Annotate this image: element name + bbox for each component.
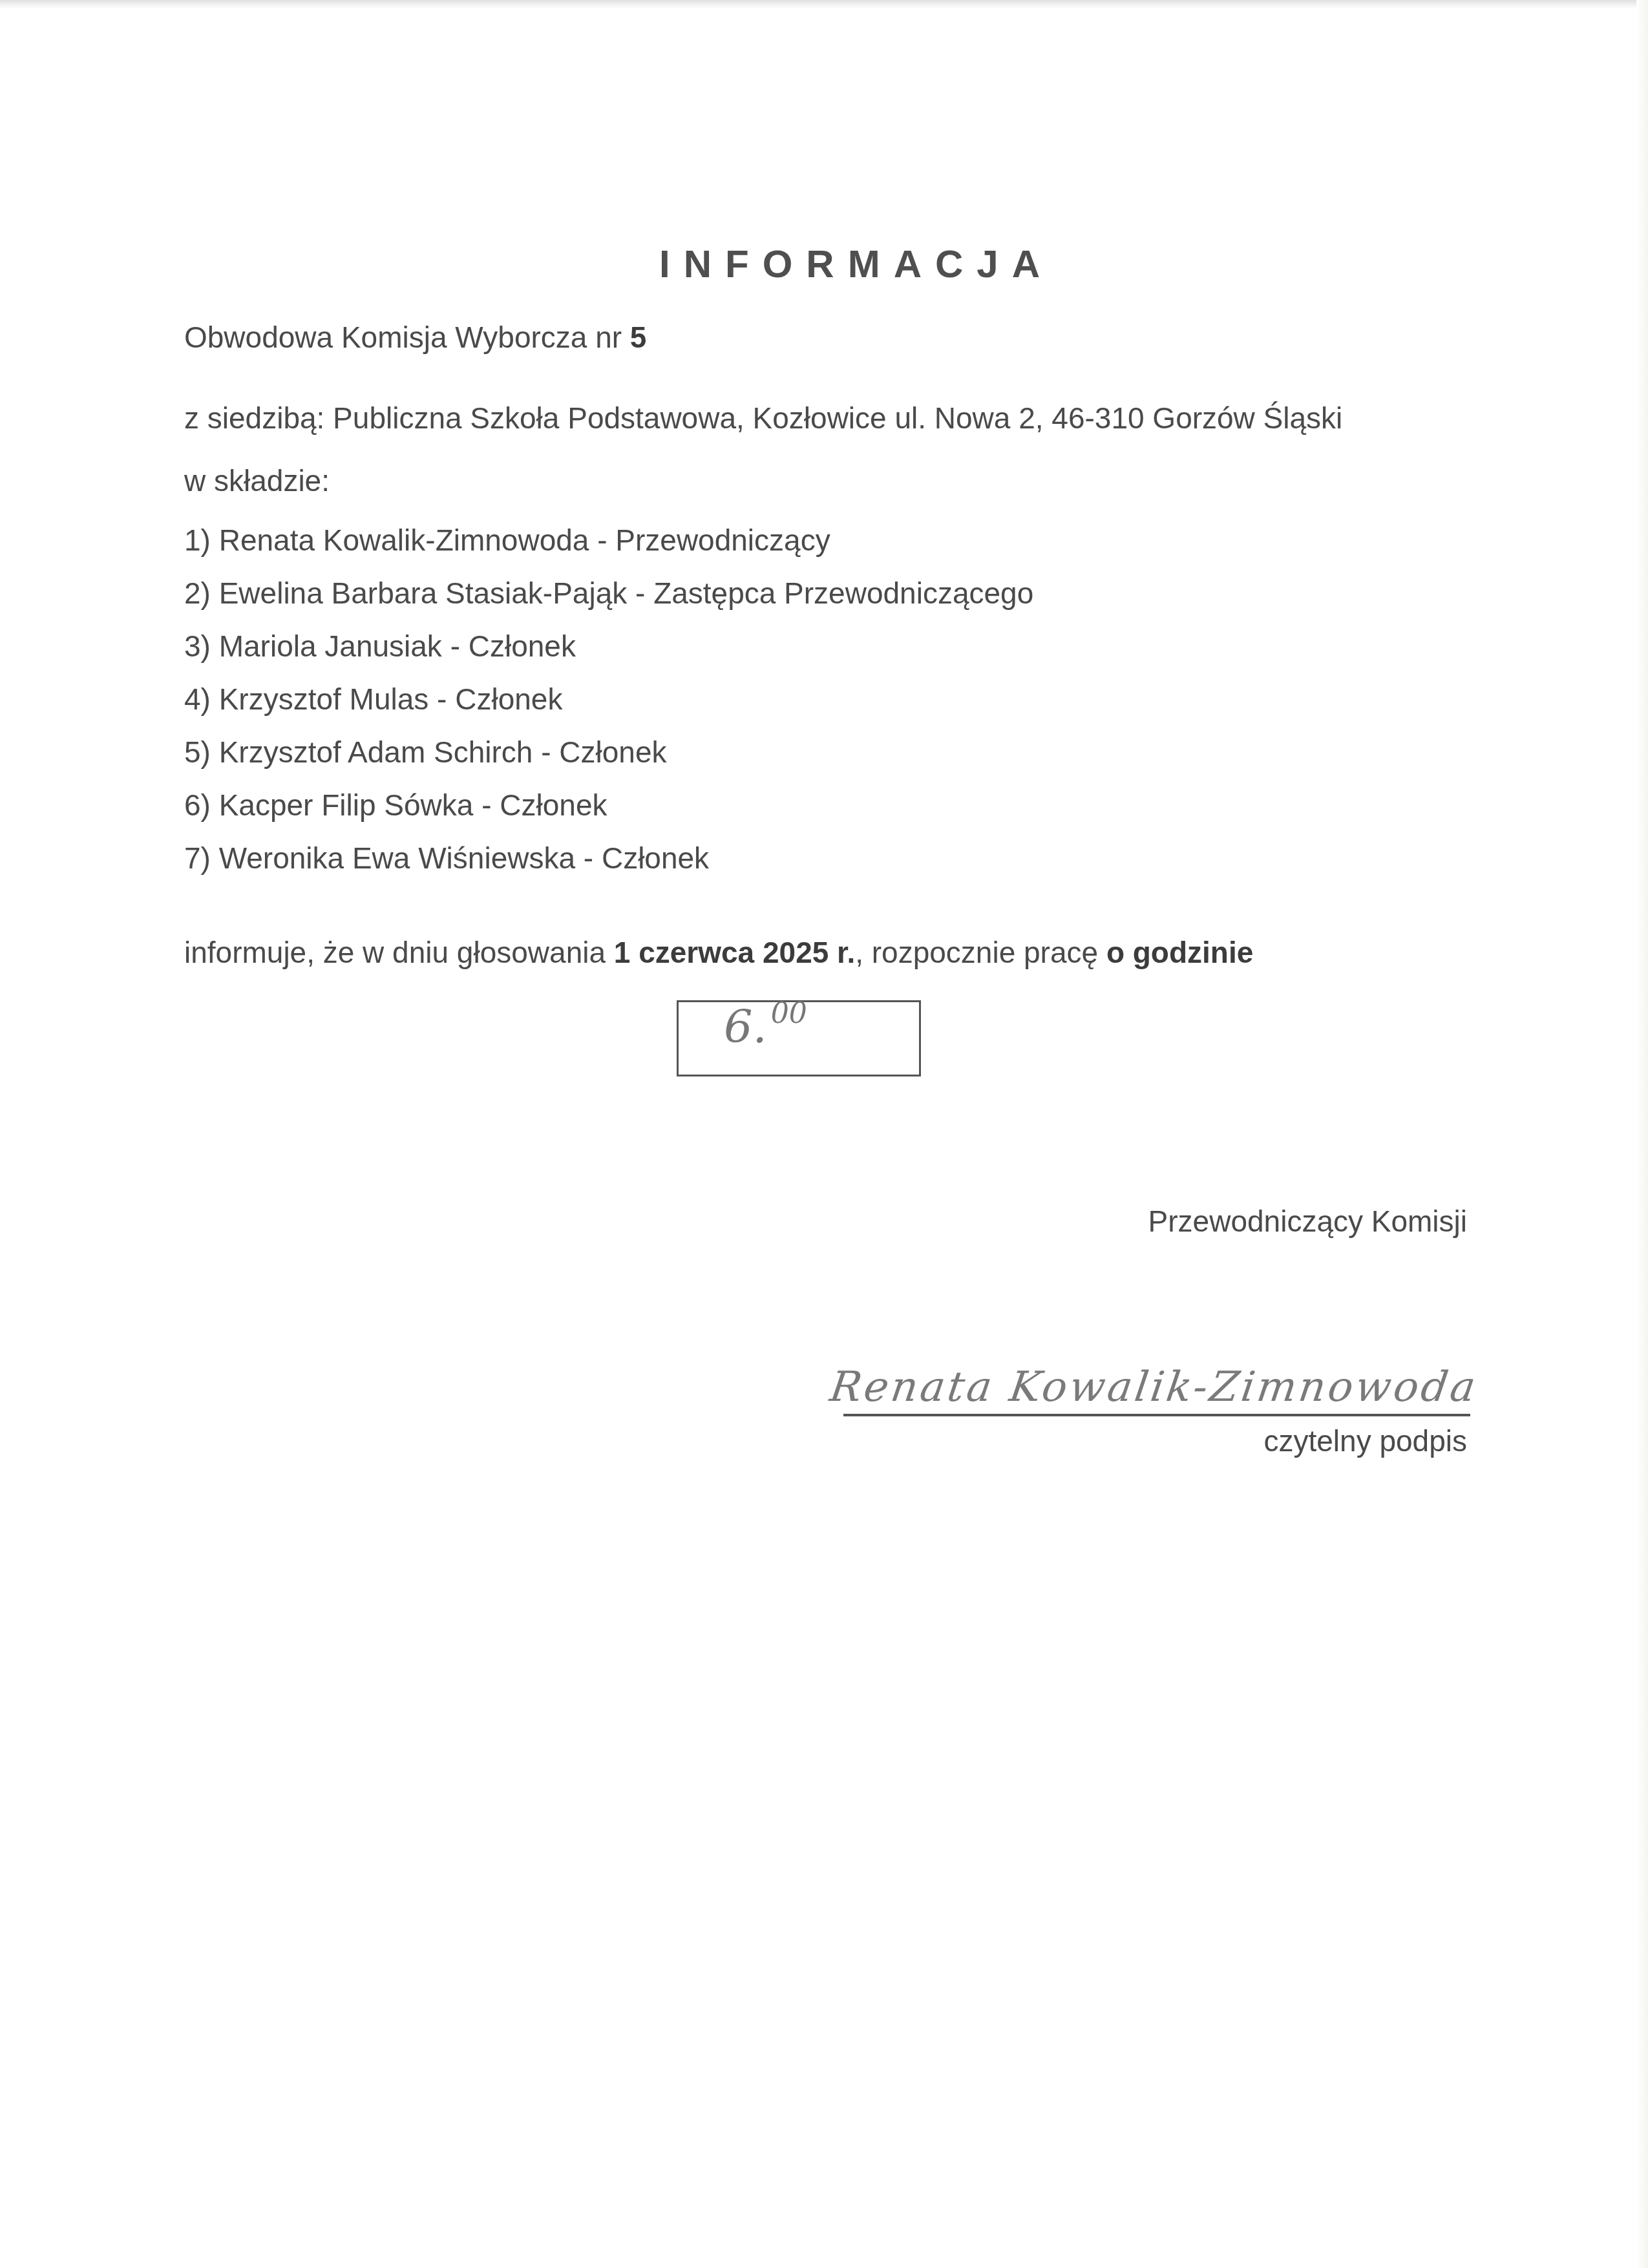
member-separator: -	[627, 576, 653, 610]
member-row: 7) Weronika Ewa Wiśniewska - Członek	[184, 843, 709, 873]
member-separator: -	[473, 788, 500, 822]
member-name: Mariola Janusiak	[219, 629, 442, 663]
member-separator: -	[442, 629, 469, 663]
seat-line: z siedzibą: Publiczna Szkoła Podstawowa,…	[184, 403, 1342, 433]
member-number: 3)	[184, 629, 211, 663]
start-hour: 6.	[724, 1000, 767, 1053]
member-row: 3) Mariola Janusiak - Członek	[184, 631, 576, 661]
member-role: Członek	[500, 788, 607, 822]
start-minutes: 00	[771, 997, 807, 1030]
member-row: 4) Krzysztof Mulas - Członek	[184, 684, 562, 714]
election-date: 1 czerwca 2025 r.	[614, 936, 855, 969]
signature-caption: czytelny podpis	[1264, 1426, 1468, 1456]
scan-edge-right-artifact	[1636, 0, 1648, 2268]
member-number: 4)	[184, 682, 211, 716]
scan-edge-artifact	[0, 0, 1648, 9]
member-row: 2) Ewelina Barbara Stasiak-Pająk - Zastę…	[184, 578, 1033, 608]
member-number: 2)	[184, 576, 211, 610]
member-separator: -	[589, 523, 615, 557]
member-role: Członek	[559, 735, 666, 769]
document-title: INFORMACJA	[659, 242, 1053, 286]
statement-middle: , rozpocznie pracę	[855, 936, 1106, 969]
committee-label: Obwodowa Komisja Wyborcza nr	[184, 320, 622, 354]
member-role: Członek	[469, 629, 576, 663]
handwritten-signature: Renata Kowalik-Zimnowoda	[827, 1363, 1481, 1411]
member-separator: -	[533, 735, 559, 769]
member-role: Członek	[602, 841, 709, 875]
member-number: 7)	[184, 841, 211, 875]
member-number: 1)	[184, 523, 211, 557]
member-name: Ewelina Barbara Stasiak-Pająk	[219, 576, 628, 610]
member-separator: -	[428, 682, 455, 716]
member-role: Przewodniczący	[615, 523, 830, 557]
composition-label: w składzie:	[184, 466, 330, 496]
member-role: Członek	[455, 682, 562, 716]
signature-line	[843, 1414, 1470, 1416]
member-number: 6)	[184, 788, 211, 822]
member-separator: -	[575, 841, 602, 875]
member-name: Krzysztof Mulas	[219, 682, 429, 716]
statement-line: informuje, że w dniu głosowania 1 czerwc…	[184, 938, 1253, 967]
member-role: Zastępca Przewodniczącego	[653, 576, 1033, 610]
member-row: 1) Renata Kowalik-Zimnowoda - Przewodnic…	[184, 525, 830, 555]
start-hour-handwritten: 6.00	[724, 1003, 807, 1049]
member-row: 6) Kacper Filip Sówka - Członek	[184, 790, 607, 820]
member-number: 5)	[184, 735, 211, 769]
committee-line: Obwodowa Komisja Wyborcza nr 5	[184, 322, 646, 352]
member-row: 5) Krzysztof Adam Schirch - Członek	[184, 737, 667, 767]
statement-suffix: o godzinie	[1106, 936, 1253, 969]
statement-prefix: informuje, że w dniu głosowania	[184, 936, 614, 969]
committee-number: 5	[630, 320, 647, 354]
member-name: Kacper Filip Sówka	[219, 788, 474, 822]
member-name: Renata Kowalik-Zimnowoda	[219, 523, 589, 557]
member-name: Krzysztof Adam Schirch	[219, 735, 533, 769]
member-name: Weronika Ewa Wiśniewska	[219, 841, 575, 875]
chair-label: Przewodniczący Komisji	[1148, 1206, 1467, 1236]
